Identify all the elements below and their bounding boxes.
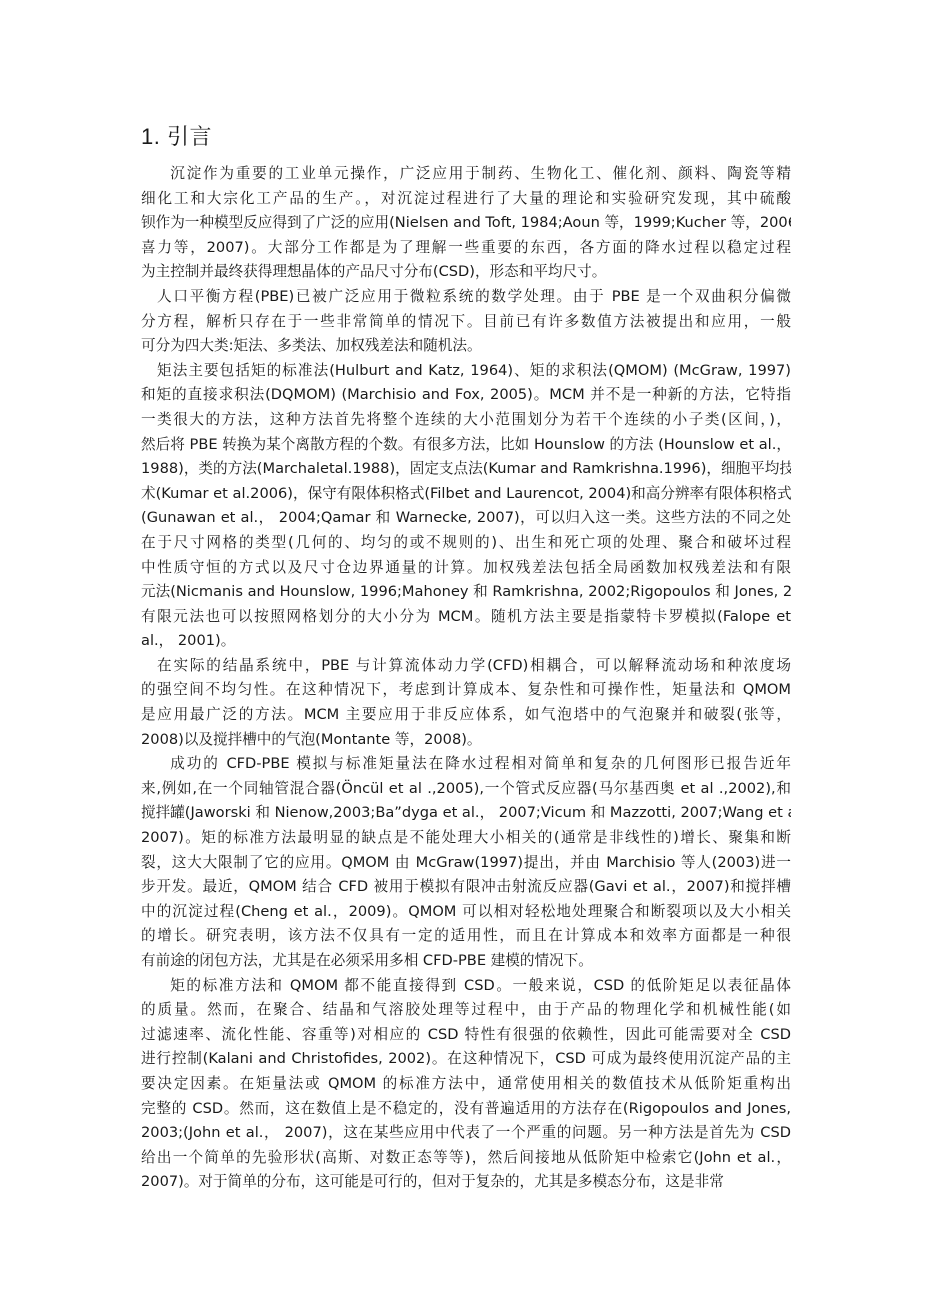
text-line: 的质量。然而，在聚合、结晶和气溶胶处理等过程中，由于产品的物理化学和机械性能(如 — [141, 998, 791, 1023]
text-line: 过滤速率、流化性能、容重等)对相应的 CSD 特性有很强的依赖性，因此可能需要对… — [141, 1023, 791, 1048]
text-line: 可分为四大类:矩法、多类法、加权残差法和随机法。 — [141, 334, 791, 359]
text-line: 的增长。研究表明，该方法不仅具有一定的适用性，而且在计算成本和效率方面都是一种很 — [141, 924, 791, 949]
text-line: 裂，这大大限制了它的应用。QMOM 由 McGraw(1997)提出，并由 Ma… — [141, 851, 791, 876]
text-line: 2008)以及搅拌槽中的气泡(Montante 等，2008)。 — [141, 728, 791, 753]
document-body: 沉淀作为重要的工业单元操作，广泛应用于制药、生物化工、催化剂、颜料、陶瓷等精细化… — [141, 162, 791, 1195]
text-line: 2003;(John et al.， 2007)，这在某些应用中代表了一个严重的… — [141, 1121, 791, 1146]
text-line: 是应用最广泛的方法。MCM 主要应用于非反应体系，如气泡塔中的气泡聚并和破裂(张… — [141, 703, 791, 728]
text-line: 要决定因素。在矩量法或 QMOM 的标准方法中，通常使用相关的数值技术从低阶矩重… — [141, 1072, 791, 1097]
text-line: 沉淀作为重要的工业单元操作，广泛应用于制药、生物化工、催化剂、颜料、陶瓷等精 — [141, 162, 791, 187]
text-line: 进行控制(Kalani and Christofides, 2002)。在这种情… — [141, 1047, 791, 1072]
paragraph: 成功的 CFD-PBE 模拟与标准矩量法在降水过程相对简单和复杂的几何图形已报告… — [141, 752, 791, 973]
paragraph: 矩法主要包括矩的标准法(Hulburt and Katz, 1964)、矩的求积… — [141, 359, 791, 654]
text-line: 搅拌罐(Jaworski 和 Nienow,2003;Ba”dyga et al… — [141, 801, 791, 826]
text-line: 细化工和大宗化工产品的生产。，对沉淀过程进行了大量的理论和实验研究发现，其中硫酸 — [141, 187, 791, 212]
text-line: 在实际的结晶系统中，PBE 与计算流体动力学(CFD)相耦合，可以解释流动场和种… — [141, 654, 791, 679]
text-line: 和矩的直接求积法(DQMOM) (Marchisio and Fox, 2005… — [141, 383, 791, 408]
paragraph: 矩的标准方法和 QMOM 都不能直接得到 CSD。一般来说，CSD 的低阶矩足以… — [141, 974, 791, 1195]
text-line: 术(Kumar et al.2006)，保守有限体积格式(Filbet and … — [141, 482, 791, 507]
text-line: 给出一个简单的先验形状(高斯、对数正态等等)，然后间接地从低阶矩中检索它(Joh… — [141, 1146, 791, 1171]
document-page: 1. 引言 沉淀作为重要的工业单元操作，广泛应用于制药、生物化工、催化剂、颜料、… — [141, 120, 791, 1195]
text-line: 元法(Nicmanis and Hounslow, 1996;Mahoney 和… — [141, 580, 791, 605]
text-line: 为主控制并最终获得理想晶体的产品尺寸分布(CSD)，形态和平均尺寸。 — [141, 260, 791, 285]
text-line: 有限元法也可以按照网格划分的大小分为 MCM。随机方法主要是指蒙特卡罗模拟(Fa… — [141, 605, 791, 630]
section-heading: 1. 引言 — [141, 120, 791, 154]
text-line: 分方程，解析只存在于一些非常简单的情况下。目前已有许多数值方法被提出和应用，一般 — [141, 310, 791, 335]
text-line: 有前途的闭包方法，尤其是在必须采用多相 CFD-PBE 建模的情况下。 — [141, 949, 791, 974]
text-line: 然后将 PBE 转换为某个离散方程的个数。有很多方法，比如 Hounslow 的… — [141, 433, 791, 458]
paragraph: 人口平衡方程(PBE)已被广泛应用于微粒系统的数学处理。由于 PBE 是一个双曲… — [141, 285, 791, 359]
text-line: 的强空间不均匀性。在这种情况下，考虑到计算成本、复杂性和可操作性，矩量法和 QM… — [141, 678, 791, 703]
text-line: 中的沉淀过程(Cheng et al.，2009)。QMOM 可以相对轻松地处理… — [141, 900, 791, 925]
text-line: 人口平衡方程(PBE)已被广泛应用于微粒系统的数学处理。由于 PBE 是一个双曲… — [141, 285, 791, 310]
text-line: 1988)，类的方法(Marchaletal.1988)，固定支点法(Kumar… — [141, 457, 791, 482]
text-line: 步开发。最近，QMOM 结合 CFD 被用于模拟有限冲击射流反应器(Gavi e… — [141, 875, 791, 900]
text-line: 一类很大的方法，这种方法首先将整个连续的大小范围划分为若干个连续的小子类(区间，… — [141, 408, 791, 433]
text-line: 喜力等，2007)。大部分工作都是为了理解一些重要的东西，各方面的降水过程以稳定… — [141, 236, 791, 261]
text-line: 完整的 CSD。然而，这在数值上是不稳定的，没有普遍适用的方法存在(Rigopo… — [141, 1097, 791, 1122]
paragraph: 沉淀作为重要的工业单元操作，广泛应用于制药、生物化工、催化剂、颜料、陶瓷等精细化… — [141, 162, 791, 285]
text-line: 成功的 CFD-PBE 模拟与标准矩量法在降水过程相对简单和复杂的几何图形已报告… — [141, 752, 791, 777]
text-line: 钡作为一种模型反应得到了广泛的应用(Nielsen and Toft, 1984… — [141, 211, 791, 236]
text-line: 矩法主要包括矩的标准法(Hulburt and Katz, 1964)、矩的求积… — [141, 359, 791, 384]
text-line: 2007)。矩的标准方法最明显的缺点是不能处理大小相关的(通常是非线性的)增长、… — [141, 826, 791, 851]
text-line: 矩的标准方法和 QMOM 都不能直接得到 CSD。一般来说，CSD 的低阶矩足以… — [141, 974, 791, 999]
text-line: (Gunawan et al.， 2004;Qamar 和 Warnecke, … — [141, 506, 791, 531]
text-line: 中性质守恒的方式以及尺寸仓边界通量的计算。加权残差法包括全局函数加权残差法和有限 — [141, 556, 791, 581]
text-line: 来,例如,在一个同轴管混合器(Öncül et al .,2005),一个管式反… — [141, 777, 791, 802]
text-line: al.， 2001)。 — [141, 629, 791, 654]
text-line: 在于尺寸网格的类型(几何的、均匀的或不规则的)、出生和死亡项的处理、聚合和破坏过… — [141, 531, 791, 556]
text-line: 2007)。对于简单的分布，这可能是可行的，但对于复杂的，尤其是多模态分布，这是… — [141, 1170, 791, 1195]
paragraph: 在实际的结晶系统中，PBE 与计算流体动力学(CFD)相耦合，可以解释流动场和种… — [141, 654, 791, 752]
